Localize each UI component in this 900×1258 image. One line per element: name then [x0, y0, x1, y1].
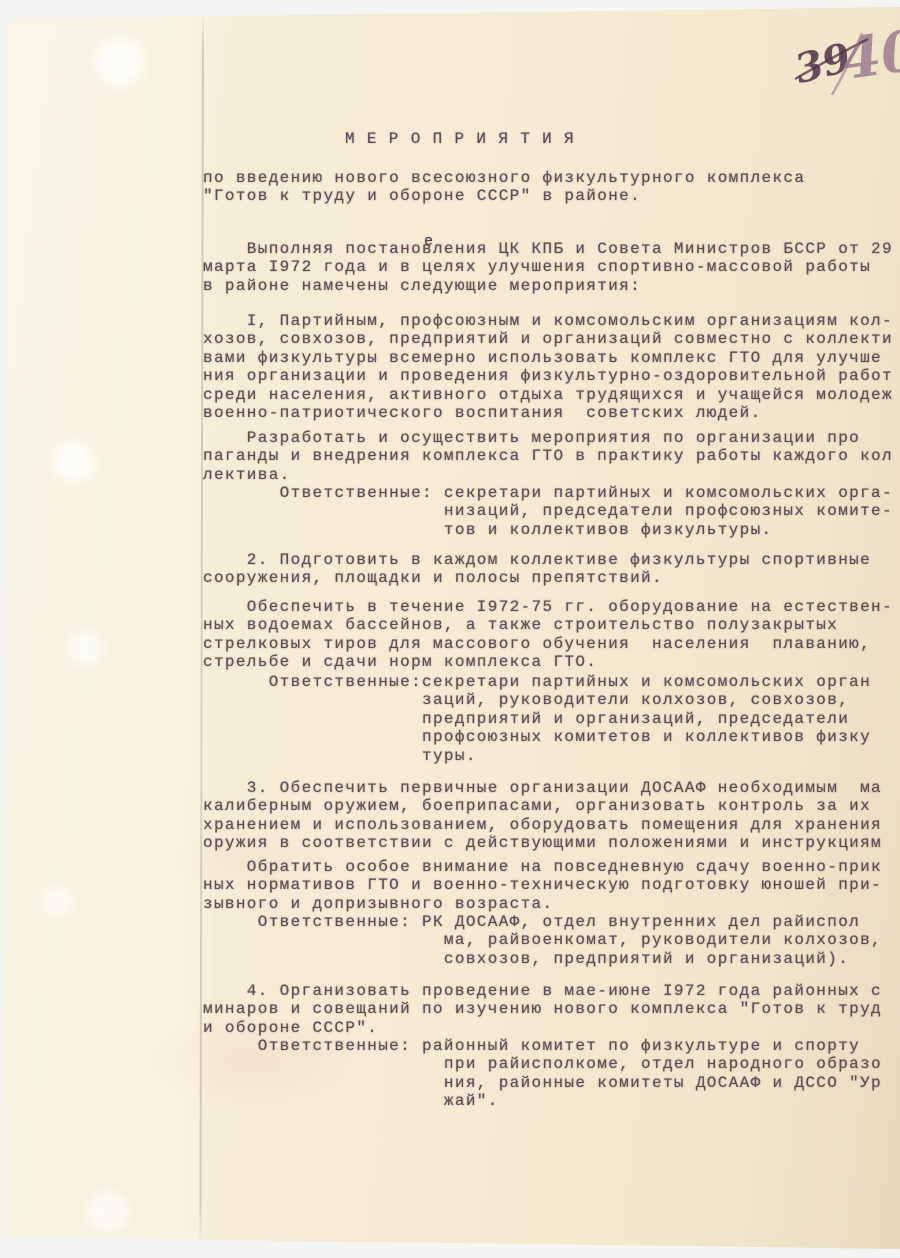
paragraph-point-3: 3. Обеспечить первичные организации ДОСА… [203, 779, 882, 853]
scanned-document-page: М Е Р О П Р И Я Т И Я по введению нового… [0, 0, 900, 1258]
overtyped-char-artifact: е [424, 233, 433, 250]
paragraph-intro: Выполняя постановления ЦК КПБ и Совета М… [203, 240, 893, 295]
paragraph-point-3b: Обратить особое внимание на повседневную… [203, 858, 882, 913]
paragraph-point-2: 2. Подготовить в каждом коллективе физку… [203, 551, 871, 588]
paragraph-point-4: 4. Организовать проведение в мае-июне I9… [203, 982, 882, 1037]
paragraph-responsible-4: Ответственные: районный комитет по физку… [203, 1037, 882, 1111]
paragraph-point-1: I, Партийным, профсоюзным и комсомольски… [203, 312, 893, 422]
paragraph-subtitle: по введению нового всесоюзного физкульту… [203, 169, 805, 206]
paragraph-responsible-3: Ответственные: РК ДОСААФ, отдел внутренн… [203, 913, 882, 968]
paragraph-responsible-1: Ответственные: секретари партийных и ком… [203, 484, 893, 539]
strike-mark [770, 15, 900, 125]
paragraph-point-2b: Обеспечить в течение I972-75 гг. оборудо… [203, 598, 893, 672]
paragraph-responsible-2: Ответственные:секретари партийных и комс… [203, 673, 871, 765]
paragraph-point-1b: Разработать и осуществить мероприятия по… [203, 429, 893, 484]
document-title: М Е Р О П Р И Я Т И Я [345, 130, 575, 148]
